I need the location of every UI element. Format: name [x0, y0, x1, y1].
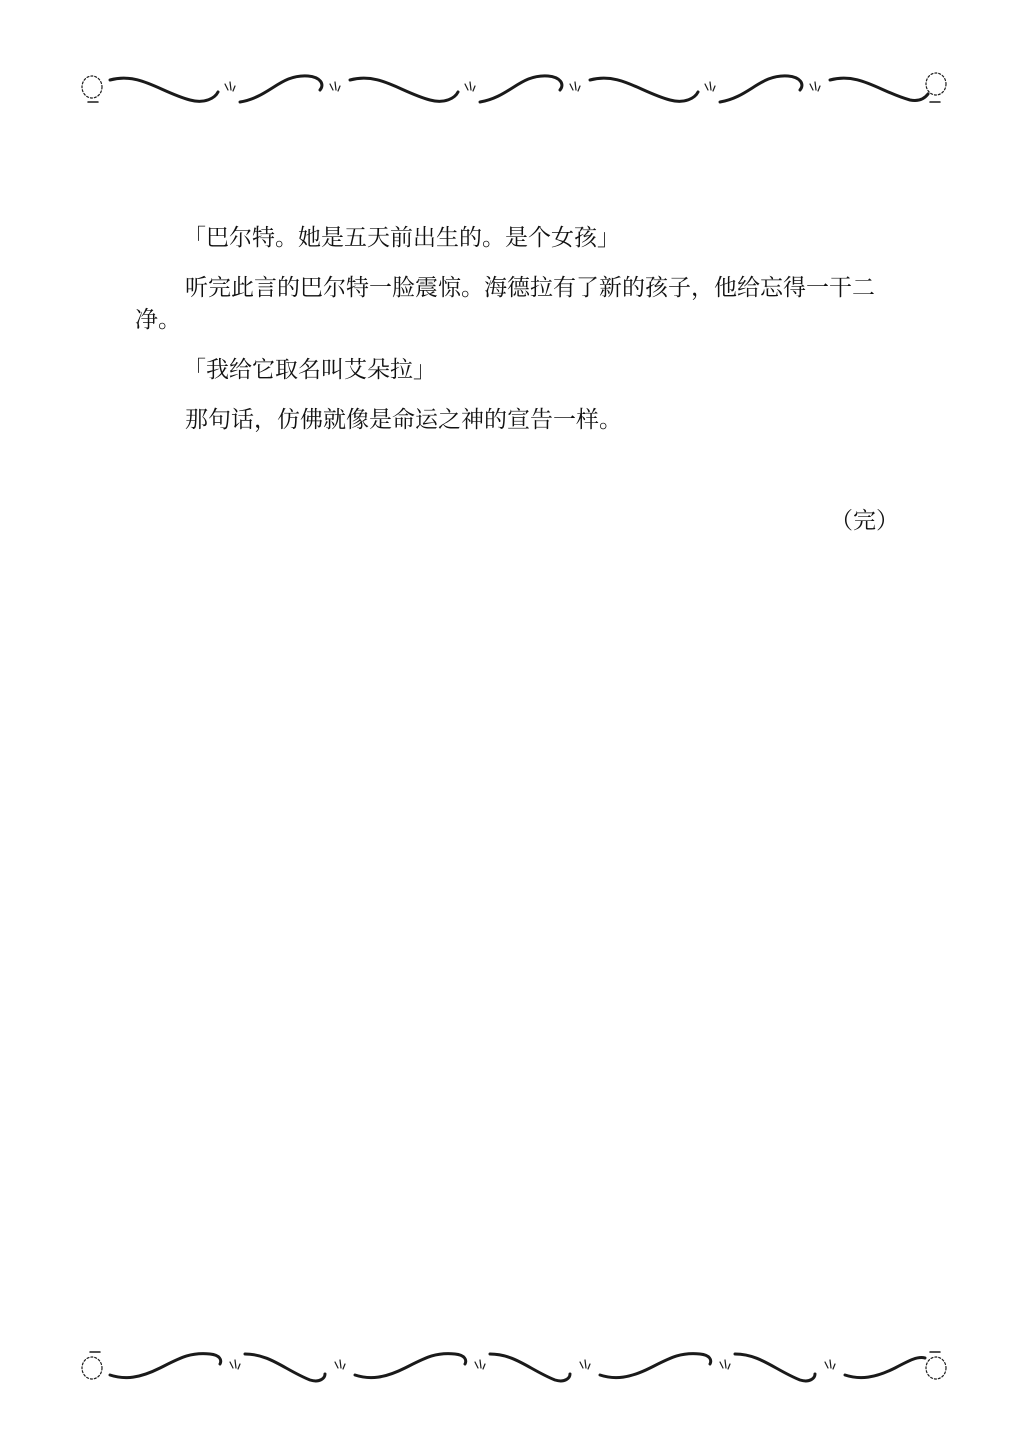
narration-paragraph: 那句话，仿佛就像是命运之神的宣告一样。	[135, 404, 895, 436]
narration-paragraph: 听完此言的巴尔特一脸震惊。海德拉有了新的孩子，他给忘得一干二净。	[135, 272, 895, 336]
end-mark: （完）	[830, 505, 899, 537]
dialogue-paragraph: 「巴尔特。她是五天前出生的。是个女孩」	[135, 222, 895, 254]
dialogue-paragraph: 「我给它取名叫艾朵拉」	[135, 354, 895, 386]
page-body: 「巴尔特。她是五天前出生的。是个女孩」 听完此言的巴尔特一脸震惊。海德拉有了新的…	[135, 222, 895, 436]
top-ornamental-border-icon	[80, 62, 948, 112]
bottom-ornamental-border-icon	[80, 1340, 948, 1390]
